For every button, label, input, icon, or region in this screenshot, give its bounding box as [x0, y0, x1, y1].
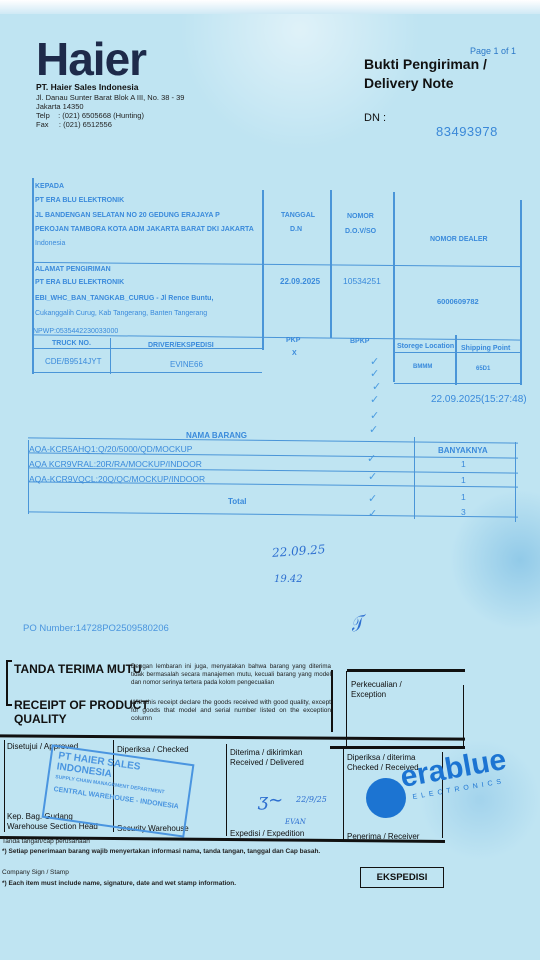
quality-text-en: With this receipt declare the goods rece…: [131, 699, 331, 723]
shipping-point-label: Shipping Point: [461, 345, 510, 352]
items-border: [414, 437, 415, 519]
check-mark-icon: ✓: [370, 367, 379, 380]
kepada-label: KEPADA: [35, 183, 64, 190]
table-border: [32, 372, 262, 373]
items-qty-header: BANYAKNYA: [438, 446, 488, 455]
shipping-address-1: EBI_WHC_BAN_TANGKAB_CURUG - Jl Rence Bun…: [35, 295, 213, 302]
bpkp-label: BPKP: [350, 338, 369, 345]
print-timestamp: 22.09.2025(15:27:48): [431, 394, 527, 405]
check-mark-icon: ✓: [368, 492, 377, 505]
truck-value: CDE/B9514JYT: [45, 357, 101, 366]
expedition-date: 22/9/25: [296, 795, 327, 804]
table-border: [394, 383, 521, 384]
items-border: [28, 511, 518, 517]
items-total-value: 3: [461, 507, 466, 517]
table-border: [110, 338, 111, 374]
footer-note2-text: *) Each item must include name, signatur…: [2, 880, 236, 887]
item-qty: 1: [461, 459, 466, 469]
dealer-value: 6000609782: [437, 297, 479, 306]
items-total-label: Total: [228, 497, 247, 506]
check-mark-icon: ✓: [369, 423, 378, 436]
check-mark-icon: ✓: [368, 507, 377, 520]
exception-box-left: [346, 671, 347, 747]
company-name: PT. Haier Sales Indonesia: [36, 82, 139, 92]
tanggal-sub: D.N: [290, 226, 302, 233]
driver-value: EVINE66: [170, 360, 203, 369]
check-mark-icon: ✓: [370, 393, 379, 406]
table-border: [520, 200, 522, 385]
table-border: [262, 190, 264, 350]
exception-label: Perkecualian /Exception: [351, 680, 402, 700]
expedition-name: EVAN: [285, 818, 306, 826]
signature-grid-line: [343, 748, 344, 840]
bracket-left: [6, 660, 12, 662]
tanggal-label: TANGGAL: [281, 212, 315, 219]
sig-checked-label: Diperiksa / Checked: [117, 745, 189, 755]
table-border: [32, 348, 262, 349]
storage-label: Storege Location: [397, 343, 454, 350]
sig-received-label: Diterima / dikirimkanReceived / Delivere…: [230, 748, 304, 768]
check-mark-icon: ✓: [367, 452, 376, 465]
sig-expedition-role: Expedisi / Expedition: [230, 829, 304, 839]
footer-note1-text: *) Setiap penerimaan barang wajib menyer…: [2, 848, 320, 855]
pkp-label: PKP: [286, 337, 300, 344]
dealer-label: NOMOR DEALER: [430, 236, 488, 243]
pkp-value: X: [292, 350, 297, 357]
item-name: AQA-KCR9VQCL:20Q/QC/MOCKUP/INDOOR: [29, 474, 205, 484]
document-title: Bukti Pengiriman /Delivery Note: [364, 55, 487, 93]
driver-label: DRIVER/EKSPEDISI: [148, 342, 214, 349]
signature-grid-line: [226, 744, 227, 836]
nomor-label: NOMOR: [347, 213, 374, 220]
item-qty: 1: [461, 475, 466, 485]
recipient-name: PT ERA BLU ELEKTRONIK: [35, 197, 124, 204]
items-border: [515, 442, 516, 522]
quality-divider: [0, 734, 465, 740]
table-border: [393, 192, 395, 382]
table-border: [394, 352, 521, 353]
quality-title-en: RECEIPT OF PRODUCTQUALITY: [14, 698, 149, 726]
table-border: [455, 335, 457, 385]
nomor-value: 10534251: [343, 276, 381, 286]
bracket-right: [331, 670, 333, 732]
item-qty: 1: [461, 492, 466, 502]
check-mark-icon: ✓: [372, 380, 381, 393]
exception-box-bottom: [330, 746, 465, 749]
exception-box-top: [347, 669, 465, 672]
footer-note2-title: Company Sign / Stamp: [2, 869, 69, 876]
table-border: [32, 178, 34, 374]
storage-value: BMMM: [413, 364, 432, 370]
shipping-label: ALAMAT PENGIRIMAN: [35, 266, 111, 273]
erablue-logo-icon: [366, 778, 406, 818]
bracket-left: [6, 660, 8, 706]
items-border: [28, 437, 518, 443]
expedition-signature: ʒ∼: [258, 790, 283, 811]
recipient-country: Indonesia: [35, 240, 65, 247]
items-name-header: NAMA BARANG: [186, 431, 247, 440]
copy-label-ekspedisi: EKSPEDISI: [360, 867, 444, 888]
shipping-point-value: 65D1: [476, 366, 490, 372]
npwp: NPWP:0535442230033000: [33, 328, 118, 335]
dn-number: 83493978: [436, 124, 498, 139]
shipping-name: PT ERA BLU ELEKTRONIK: [35, 279, 124, 286]
item-name: AQA-KCR5AHQ1:Q/20/5000/QD/MOCKUP: [29, 444, 192, 454]
quality-title-id: TANDA TERIMA MUTU: [14, 662, 142, 676]
sig-receiver-role: Penerima / Receiver: [347, 832, 419, 842]
handwritten-signature: 𝒯: [347, 612, 367, 636]
company-address: Jl. Danau Sunter Barat Blok A III, No. 3…: [36, 93, 184, 129]
recipient-address-1: JL BANDENGAN SELATAN NO 20 GEDUNG ERAJAY…: [35, 212, 220, 219]
exception-box-right: [463, 685, 464, 747]
shipping-address-2: Cukanggalih Curug, Kab Tangerang, Banten…: [35, 310, 207, 317]
nomor-sub: D.O.V/SO: [345, 228, 376, 235]
bracket-left: [6, 704, 12, 706]
truck-label: TRUCK NO.: [52, 340, 91, 347]
check-mark-icon: ✓: [370, 409, 379, 422]
tanggal-value: 22.09.2025: [280, 277, 320, 286]
signature-grid-line: [4, 740, 5, 832]
footer-note1-title: Tanda tangan/cap perusahaan: [2, 838, 90, 845]
handwritten-date: 22.09.25: [272, 542, 326, 560]
dn-label: DN :: [364, 112, 386, 124]
item-name: AQA KCR9VRAL:20R/RA/MOCKUP/INDOOR: [29, 459, 202, 469]
quality-text-id: Dengan lembaran ini juga, menyatakan bah…: [131, 663, 331, 687]
scan-top-edge: [0, 0, 540, 14]
handwritten-time: 19.42: [274, 574, 303, 585]
haier-logo: Haier: [36, 36, 146, 82]
recipient-address-2: PEKOJAN TAMBORA KOTA ADM JAKARTA BARAT D…: [35, 226, 254, 233]
po-number: PO Number:14728PO2509580206: [23, 623, 169, 634]
table-border: [32, 334, 522, 340]
